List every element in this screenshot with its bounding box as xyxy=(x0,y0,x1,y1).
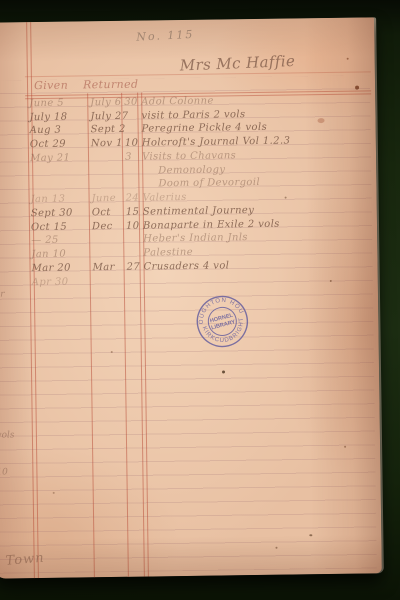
left-edge-fragment: 11 xyxy=(0,265,18,275)
foxing-spot xyxy=(344,446,346,448)
left-edge-fragment: 10 xyxy=(0,312,18,322)
date-returned: June xyxy=(92,193,124,204)
date-returned: Sept 2 xyxy=(91,124,123,135)
book-title: Heber's Indian Jnls xyxy=(143,231,358,245)
returned-day: 10 xyxy=(126,221,141,232)
foxing-spot xyxy=(309,534,312,536)
date-given: July 18 xyxy=(29,111,87,123)
date-returned: Dec xyxy=(92,221,124,232)
returned-day: 27 xyxy=(126,262,141,273)
page-number: No. 115 xyxy=(136,28,195,44)
left-edge-fragment: il xyxy=(0,140,16,150)
date-given: May 21 xyxy=(30,152,88,164)
ledger-page: No. 115 Mrs Mc Haffie Given Returned Jun… xyxy=(0,17,382,578)
book-title: Adol Colonne xyxy=(141,94,356,108)
date-returned: July 6 xyxy=(90,97,122,108)
left-edge-flourish: Town xyxy=(5,551,45,569)
date-given: Aug 3 xyxy=(30,124,88,136)
returned-day: 10 xyxy=(125,138,140,149)
returned-day: 24 xyxy=(126,193,141,204)
book-title: Doom of Devorgoil xyxy=(158,175,373,189)
returned-day: 15 xyxy=(126,207,141,218)
foxing-spot xyxy=(53,492,55,494)
returned-day: 3 xyxy=(125,152,140,163)
left-edge-fragment: l xyxy=(0,240,17,250)
left-edge-fragment: s xyxy=(0,394,19,404)
date-given: Oct 15 xyxy=(31,221,89,233)
date-given: Mar 20 xyxy=(31,262,89,274)
left-edge-fragment: 3 vols xyxy=(0,430,20,440)
left-edge-fragment: c xyxy=(0,164,16,174)
ledger-photo: No. 115 Mrs Mc Haffie Given Returned Jun… xyxy=(0,0,400,600)
date-given: Jan 13 xyxy=(31,193,89,205)
book-title: Sentimental Journey xyxy=(143,204,358,218)
returned-day: 30 xyxy=(124,97,139,108)
foxing-spot xyxy=(355,86,359,90)
date-given: Sept 30 xyxy=(31,207,89,219)
left-edge-fragment: le xyxy=(0,406,20,416)
date-given: June 5 xyxy=(29,97,87,109)
date-given xyxy=(30,179,88,180)
left-edge-fragment: 1 br xyxy=(0,289,18,299)
column-header-given: Given xyxy=(34,79,68,92)
foxing-spot xyxy=(275,547,277,549)
book-title: visit to Paris 2 vols xyxy=(141,108,356,122)
book-title: Holcroft's Journal Vol 1.2.3 xyxy=(142,135,357,149)
left-edge-fragment: ly xyxy=(0,449,20,459)
book-title: Peregrine Pickle 4 vols xyxy=(142,121,357,135)
left-edge-fragment: lo xyxy=(0,190,17,200)
date-given: — 25 xyxy=(31,234,89,246)
date-returned: Nov 1 xyxy=(91,138,123,149)
book-title: Demonology xyxy=(158,162,373,176)
left-edge-fragment: y 10 xyxy=(0,467,20,477)
date-given xyxy=(30,166,88,167)
foxing-spot xyxy=(111,351,113,353)
left-edge-fragment: h xyxy=(0,215,17,225)
left-edge-fragment: 3 xyxy=(0,485,21,495)
left-edge-fragment: ile xyxy=(0,114,16,124)
date-returned: Oct xyxy=(92,207,124,218)
borrower-name: Mrs Mc Haffie xyxy=(179,52,295,75)
book-title: Visits to Chavans xyxy=(142,149,357,163)
left-edge-fragment: d xyxy=(0,502,21,512)
date-given: Apr 30 xyxy=(32,276,90,288)
date-given: Jan 10 xyxy=(31,248,89,260)
book-title: Valerius xyxy=(143,190,358,204)
book-title: Bonaparte in Exile 2 vols xyxy=(143,218,358,232)
foxing-spot xyxy=(347,58,349,60)
date-returned: Mar xyxy=(92,262,124,273)
foxing-spot xyxy=(222,370,225,373)
book-title: Palestine xyxy=(143,245,358,259)
column-header-returned: Returned xyxy=(83,78,139,92)
book-title: Crusaders 4 vol xyxy=(143,259,358,273)
date-returned: July 27 xyxy=(90,111,122,122)
left-edge-fragment: ria xyxy=(0,90,15,100)
date-given: Oct 29 xyxy=(30,138,88,150)
library-stamp: BROUGHTON HOUSE KIRKCUDBRIGHT HORNEL LIB… xyxy=(182,281,263,362)
